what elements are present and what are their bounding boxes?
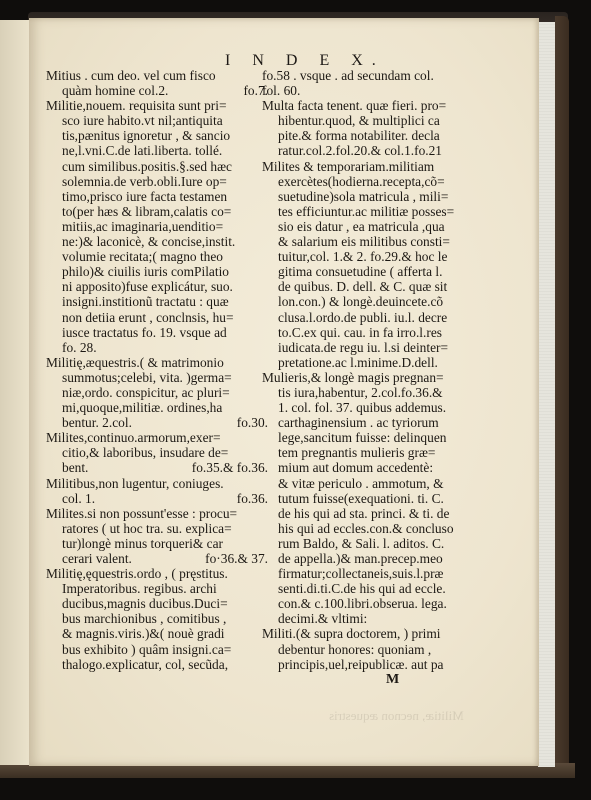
index-entry-line: Milites,continuo.armorum,exer= (46, 430, 268, 445)
index-entry-line: ratores ( ut hoc tra. su. explica= (46, 521, 268, 536)
index-entry-line: fo.58 . vsque . ad secundam col. (262, 68, 492, 83)
index-entry-line: de appella.)& man.precep.meo (262, 551, 492, 566)
index-entry-line: summotus;celebi, vita. )germa= (46, 370, 268, 385)
index-entry-line: decimi.& vltimi: (262, 611, 492, 626)
index-entry-line: fo. 28. (46, 340, 268, 355)
index-entry-line: cerari valent.fo·36.& 37. (46, 551, 268, 566)
index-entry-line: cum similibus.positis.§.sed hæc (46, 159, 268, 174)
index-entry-line: pretatione.ac l.minime.D.dell. (262, 355, 492, 370)
index-entry-line: lege,sancitum fuisse: delinquen (262, 430, 492, 445)
index-entry-line: tis iura,habentur, 2.col.fo.36.& (262, 385, 492, 400)
index-entry-line: to(per hæs & libram,calatis co= (46, 204, 268, 219)
index-entry-line: & salarium eis militibus consti= (262, 234, 492, 249)
index-entry: Militię,ęquestris.ordo , ( pręstitus.Imp… (46, 566, 268, 672)
index-entry-line: bent.fo.35.& fo.36. (46, 460, 268, 475)
index-entry-line: citio,& laboribus, insudare de= (46, 445, 268, 460)
index-entry-line: quàm homine col.2.fo.7. (46, 83, 268, 98)
index-entry-line: bentur. 2.col.fo.30. (46, 415, 268, 430)
index-entry-line: clusa.l.ordo.de publi. iu.l. decre (262, 310, 492, 325)
index-entry-line: Imperatoribus. regibus. archi (46, 581, 268, 596)
index-entry-line: col. 1.fo.36. (46, 491, 268, 506)
index-column-left: Mitius . cum deo. vel cum fiscoquàm homi… (46, 68, 268, 672)
index-entry-line: debentur honores: quoniam , (262, 642, 492, 657)
index-entry-line: tur)longè minus torqueri& car (46, 536, 268, 551)
index-entry-line: de quibus. D. dell. & C. quæ sit (262, 279, 492, 294)
index-entry-line: non detiia erunt , conclnsis, hu= (46, 310, 268, 325)
index-entry-line: bus exhibito ) quâm insigni.ca= (46, 642, 268, 657)
index-entry-line: ne:)& laconicè, & concise,instit. (46, 234, 268, 249)
index-entry-line: Milites & temporariam.militiam (262, 159, 492, 174)
index-entry-line: Militi.(& supra doctorem, ) primi (262, 626, 492, 641)
index-entry: Multa facta tenent. quæ fieri. pro=hiben… (262, 98, 492, 158)
index-entry-line: & vitæ periculo . ammotum, & (262, 476, 492, 491)
index-entry-line: lon.con.) & longè.deuincete.cõ (262, 294, 492, 309)
index-entry: Mulieris,& longè magis pregnan=tis iura,… (262, 370, 492, 627)
index-entry-line: bus marchionibus , comitibus , (46, 611, 268, 626)
index-entry-line: fol. 60. (262, 83, 492, 98)
index-entry-line: Mitius . cum deo. vel cum fisco (46, 68, 268, 83)
show-through-text: Militiæ, necnon æquestris (329, 708, 464, 724)
index-entry: Milites.si non possunt'esse : procu=rato… (46, 506, 268, 566)
index-entry-line: Militię,ęquestris.ordo , ( pręstitus. (46, 566, 268, 581)
index-entry-line: mi,quoque,militiæ. ordines,ha (46, 400, 268, 415)
index-column-right: fo.58 . vsque . ad secundam col.fol. 60.… (262, 68, 492, 672)
folio-reference: fo.35.& fo.36. (192, 460, 268, 475)
index-entry-line: iusce tractatus fo. 19. vsque ad (46, 325, 268, 340)
index-entry-line: ducibus,magnis ducibus.Duci= (46, 596, 268, 611)
index-entry-line: de his qui ad sta. princi. & ti. de (262, 506, 492, 521)
index-entry-line: 1. col. fol. 37. quibus addemus. (262, 400, 492, 415)
index-entry-line: & magnis.viris.)&( nouè gradi (46, 626, 268, 641)
index-entry-line: sio eis datur , ea matricula ,qua (262, 219, 492, 234)
index-entry: Milites,continuo.armorum,exer=citio,& la… (46, 430, 268, 475)
index-entry-line: volumie recitata;( magno theo (46, 249, 268, 264)
index-entry: Militie,nouem. requisita sunt pri=sco iu… (46, 98, 268, 355)
index-entry-line: his qui ad eccles.con.& concluso (262, 521, 492, 536)
index-entry-line: Militibus,non lugentur, coniuges. (46, 476, 268, 491)
index-entry-line: exercètes(hodierna.recepta,cõ= (262, 174, 492, 189)
index-entry-line: tuitur,col. 1.& 2. fo.29.& hoc le (262, 249, 492, 264)
index-entry-line: Mulieris,& longè magis pregnan= (262, 370, 492, 385)
index-entry-line: hibentur.quod, & multiplici ca (262, 113, 492, 128)
index-entry-line: rum Baldo, & Sali. l. aditos. C. (262, 536, 492, 551)
index-entry-line: tem pregnantis mulieris græ= (262, 445, 492, 460)
index-entry-line: gitima consuetudine ( afferta l. (262, 264, 492, 279)
index-entry-line: principis,uel,reipublicæ. aut pa (262, 657, 492, 672)
index-entry-line: philo)& ciuilis iuris comPilatio (46, 264, 268, 279)
index-entry-line: ni apposito)fuse explicátur, suo. (46, 279, 268, 294)
index-entry-line: senti.di.ti.C.de his qui ad eccle. (262, 581, 492, 596)
index-entry-line: tes efficiuntur.ac militiæ posses= (262, 204, 492, 219)
index-entry-line: firmatur;collectaneis,suis.l.præ (262, 566, 492, 581)
index-entry-line: tutum fuisse(exequationi. ti. C. (262, 491, 492, 506)
index-entry-line: thalogo.explicatur, col, secũda, (46, 657, 268, 672)
index-entry-line: insigni.institionũ tractatu : quæ (46, 294, 268, 309)
index-entry: Milites & temporariam.militiamexercètes(… (262, 159, 492, 370)
index-entry-line: pite.& forma notabiliter. decla (262, 128, 492, 143)
index-entry: Militi.(& supra doctorem, ) primidebentu… (262, 626, 492, 671)
index-entry-line: Milites.si non possunt'esse : procu= (46, 506, 268, 521)
index-entry-line: tis,pænitus ignoretur , & sancio (46, 128, 268, 143)
signature-mark: M (386, 672, 399, 688)
index-entry-line: Multa facta tenent. quæ fieri. pro= (262, 98, 492, 113)
index-entry-line: iudicata.de regu iu. l.si deinter= (262, 340, 492, 355)
index-entry-line: niæ,ordo. conspicitur, ac pluri= (46, 385, 268, 400)
index-entry-line: Militię,æquestris.( & matrimonio (46, 355, 268, 370)
folio-reference: fo·36.& 37. (205, 551, 268, 566)
index-entry: Mitius . cum deo. vel cum fiscoquàm homi… (46, 68, 268, 98)
index-entry-line: solemnia.de verb.obli.Iure op= (46, 174, 268, 189)
facing-page-edge (0, 20, 31, 765)
index-entry-line: ne,l.vni.C.de lati.liberta. tollé. (46, 143, 268, 158)
index-entry: fo.58 . vsque . ad secundam col.fol. 60. (262, 68, 492, 98)
index-entry-line: mium aut domum accedentè: (262, 460, 492, 475)
index-entry-line: sco iure habito.vt nil;antiquita (46, 113, 268, 128)
page-fore-edge (538, 22, 555, 767)
index-entry-line: con.& c.100.libri.obserua. lega. (262, 596, 492, 611)
index-entry-line: suetudine)sola matricula , mili= (262, 189, 492, 204)
index-entry-line: Militie,nouem. requisita sunt pri= (46, 98, 268, 113)
index-entry-line: timo,prisco iure facta testamen (46, 189, 268, 204)
index-entry-line: to.C.ex qui. cau. in fa irro.l.res (262, 325, 492, 340)
index-entry: Militibus,non lugentur, coniuges.col. 1.… (46, 476, 268, 506)
index-entry-line: ratur.col.2.fol.20.& col.1.fo.21 (262, 143, 492, 158)
index-entry-line: carthaginensium . ac tyriorum (262, 415, 492, 430)
index-entry-line: mitiis,ac imaginaria,uenditio= (46, 219, 268, 234)
index-entry: Militię,æquestris.( & matrimoniosummotus… (46, 355, 268, 430)
book-cover-right (555, 16, 569, 776)
